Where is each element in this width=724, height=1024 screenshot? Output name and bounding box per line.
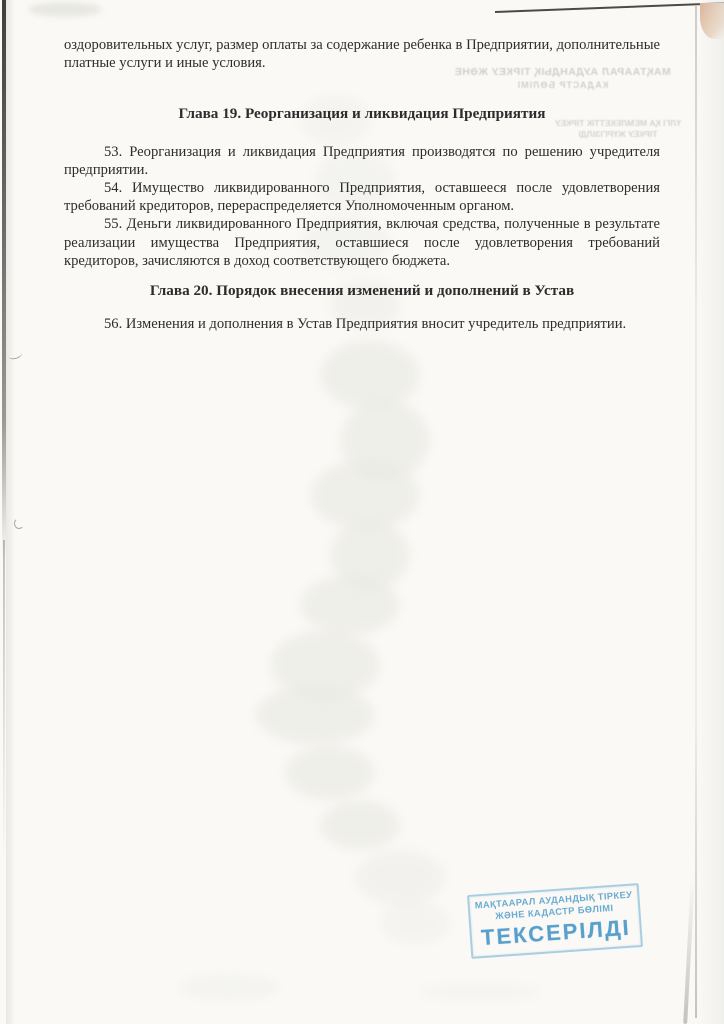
page-left-edge-shadow-lower (3, 540, 5, 860)
intro-paragraph: оздоровительных услуг, размер оплаты за … (64, 36, 660, 72)
paragraph-55: 55. Деньги ликвидированного Предприятия,… (64, 215, 660, 270)
paragraph-54: 54. Имущество ликвидированного Предприят… (64, 179, 660, 215)
scan-smudge-top-left (28, 2, 102, 17)
paragraph-56: 56. Изменения и дополнения в Устав Предп… (64, 315, 660, 333)
page-top-edge-line (495, 2, 724, 13)
margin-scribble-lower (14, 518, 24, 529)
document-body: оздоровительных услуг, размер оплаты за … (64, 36, 660, 333)
chapter-20-heading: Глава 20. Порядок внесения изменений и д… (64, 282, 660, 300)
page-right-edge-line (695, 6, 697, 1018)
page-curl-bottom-right (683, 878, 695, 1024)
chapter-19-heading: Глава 19. Реорганизация и ликвидация Пре… (64, 105, 660, 123)
page-right-edge-shade (696, 0, 724, 1024)
scanned-document-page: МАҚТААРАЛ АУДАНДЫҚ ТІРКЕУ ЖӘНЕ КАДАСТР Б… (0, 0, 724, 1024)
verification-stamp-border: МАҚТААРАЛ АУДАНДЫҚ ТІРКЕУ ЖӘНЕ КАДАСТР Б… (467, 883, 643, 959)
verification-stamp: МАҚТААРАЛ АУДАНДЫҚ ТІРКЕУ ЖӘНЕ КАДАСТР Б… (467, 883, 643, 959)
paragraph-53: 53. Реорганизация и ликвидация Предприят… (64, 143, 660, 179)
page-left-edge-highlight (6, 0, 15, 1024)
